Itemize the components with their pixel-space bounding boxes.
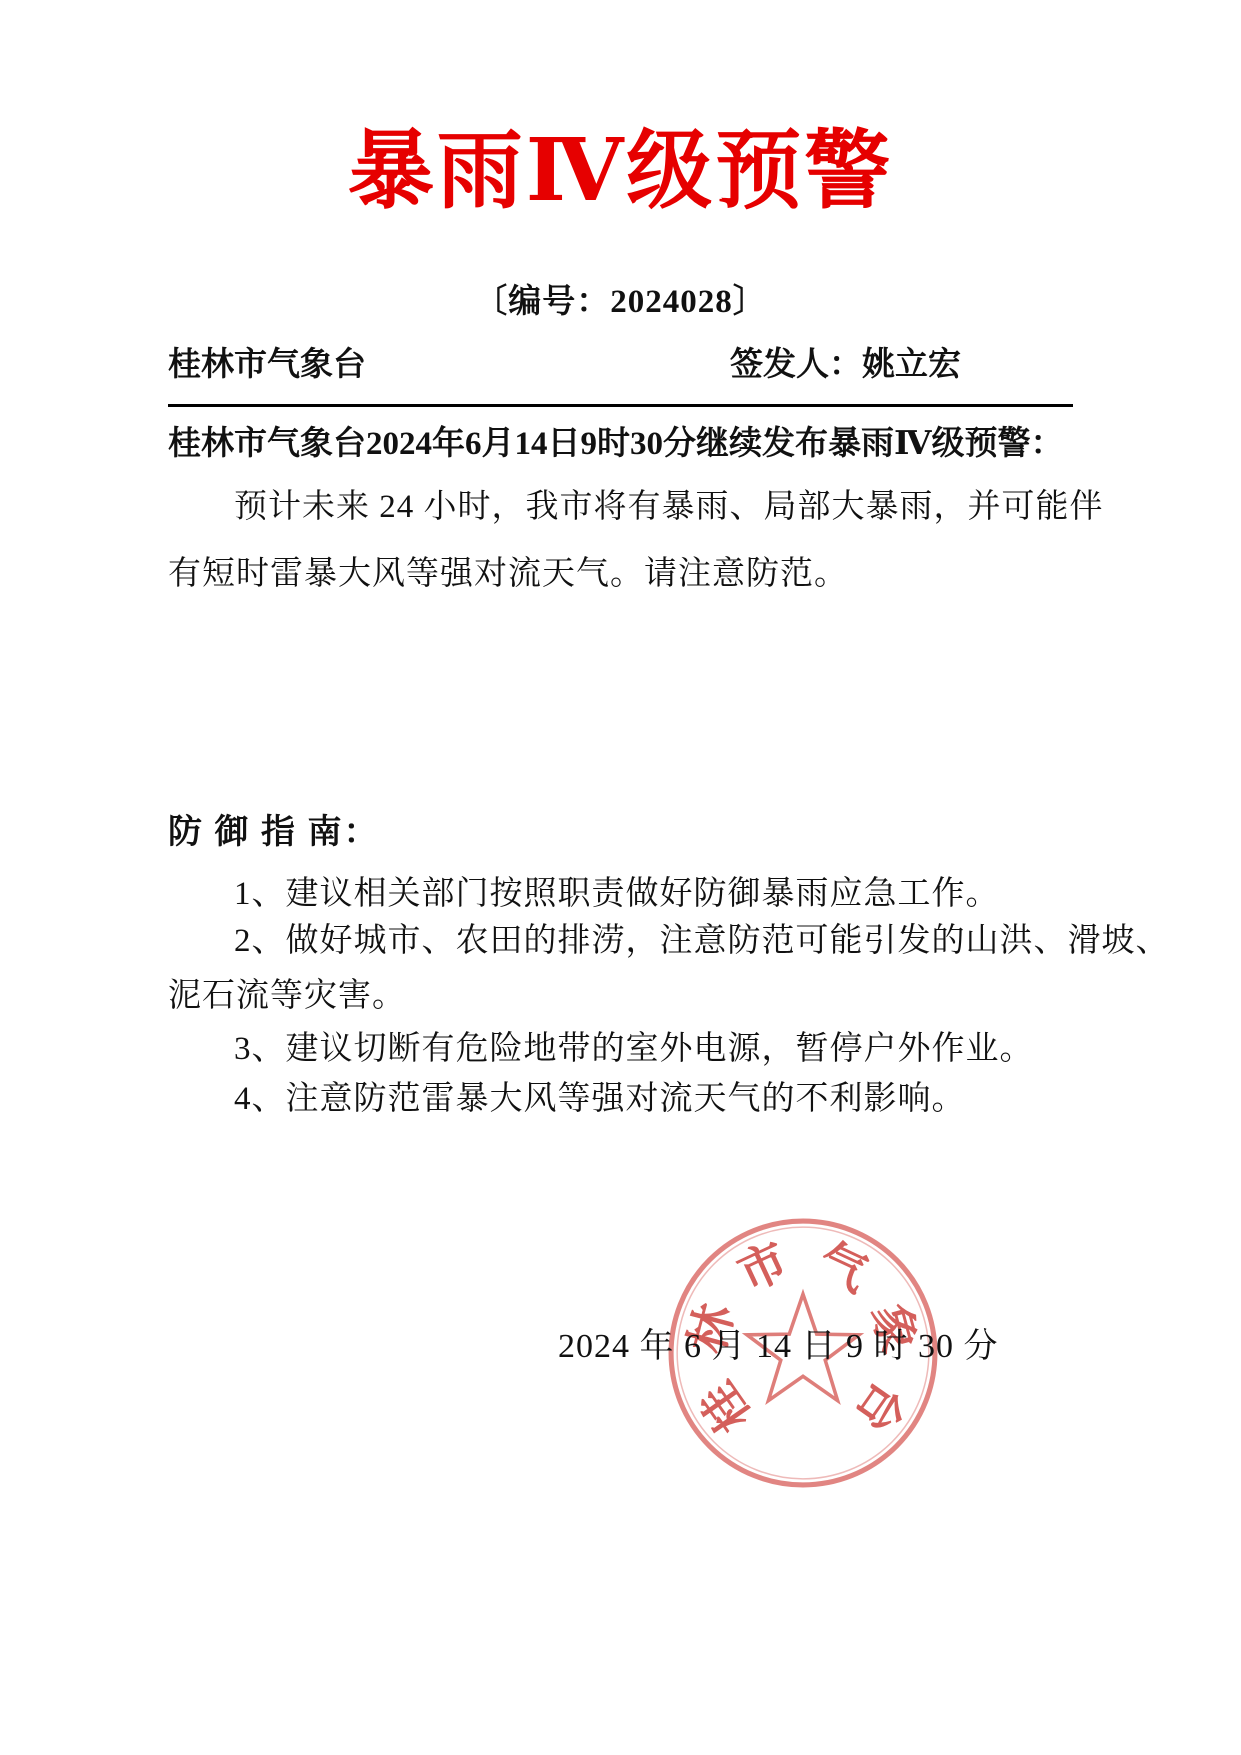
guide-item: 1、建议相关部门按照职责做好防御暴雨应急工作。: [168, 878, 1128, 911]
forecast-text-line: 有短时雷暴大风等强对流天气。请注意防范。: [168, 558, 1128, 591]
header-divider: [168, 404, 1073, 407]
guide-item: 3、建议切断有危险地带的室外电源，暂停户外作业。: [168, 1033, 1128, 1066]
warning-headline: 桂林市气象台2024年6月14日9时30分继续发布暴雨Ⅳ级预警：: [168, 428, 1073, 461]
warning-document-page: 暴雨Ⅳ级预警 〔编号：2024028〕 桂林市气象台 签发人：姚立宏 桂林市气象…: [0, 0, 1241, 1755]
issuer-row: 桂林市气象台 签发人：姚立宏: [168, 349, 1073, 382]
guide-item: 4、注意防范雷暴大风等强对流天气的不利影响。: [168, 1083, 1128, 1116]
document-number: 〔编号：2024028〕: [0, 286, 1241, 319]
issuing-agency: 桂林市气象台: [168, 349, 366, 382]
page-title: 暴雨Ⅳ级预警: [0, 128, 1241, 214]
guide-item-continuation: 泥石流等灾害。: [168, 980, 1128, 1013]
defense-guide-heading: 防 御 指 南：: [168, 816, 380, 850]
guide-item: 2、做好城市、农田的排涝，注意防范可能引发的山洪、滑坡、: [168, 925, 1128, 958]
issue-datetime: 2024 年 6 月 14 日 9 时 30 分: [558, 1330, 999, 1364]
seal-char: 桂: [691, 1372, 762, 1441]
forecast-text-line: 预计未来 24 小时，我市将有暴雨、局部大暴雨，并可能伴: [168, 491, 1128, 524]
signer-name: 签发人：姚立宏: [730, 349, 961, 382]
seal-char: 台: [845, 1372, 916, 1441]
